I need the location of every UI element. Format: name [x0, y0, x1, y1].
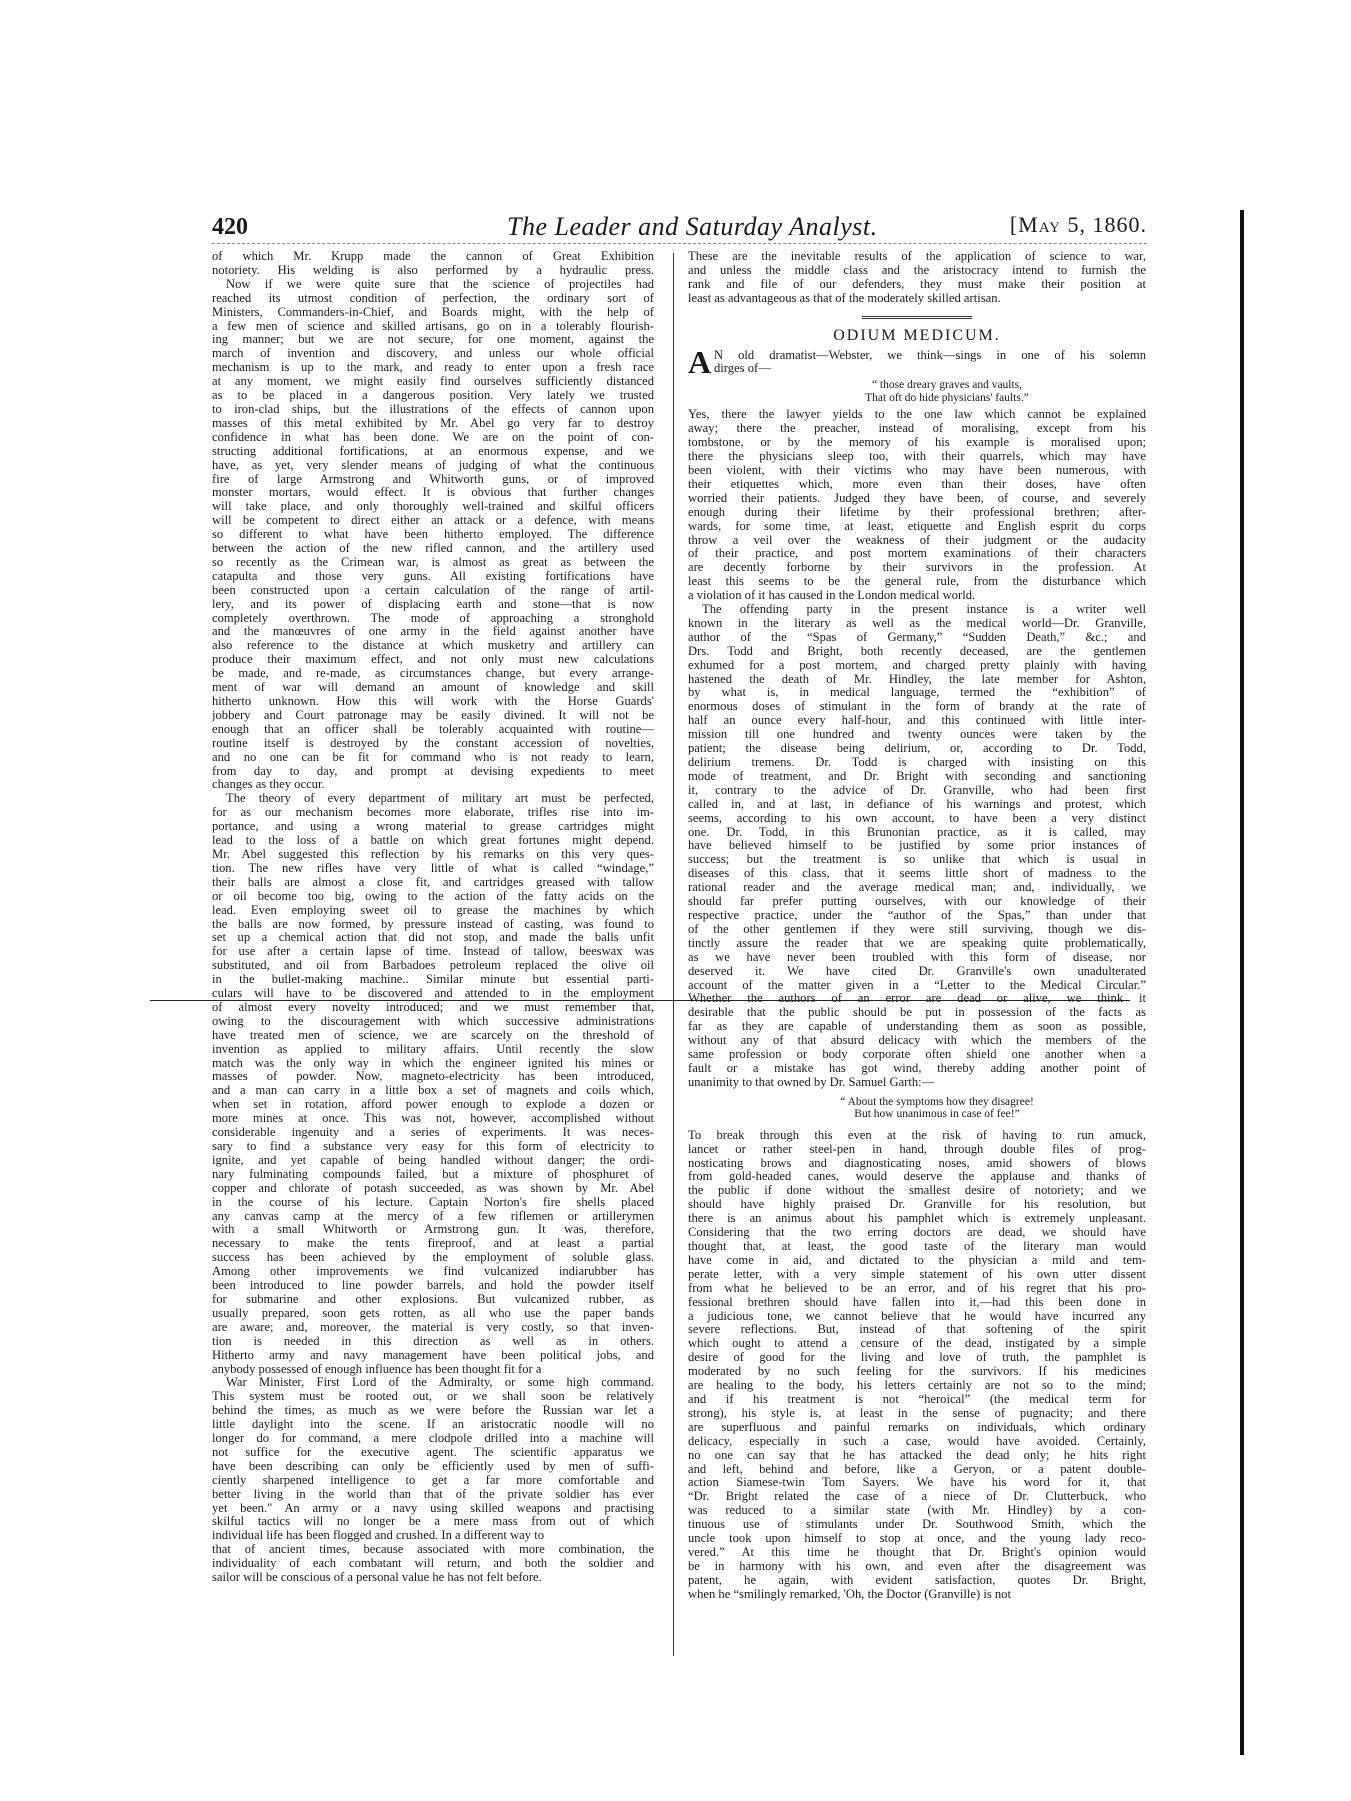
text-line: throw a veil over the weakness of their …: [688, 534, 1146, 548]
text-line: usually prepared, soon gets rotten, as a…: [212, 1307, 654, 1321]
text-line: from gold-headed canes, would deserve th…: [688, 1170, 1146, 1184]
text-line: jobbery and Court patronage may be easil…: [212, 709, 654, 723]
text-line: of almost every novelty introduced; and …: [212, 1001, 654, 1015]
text-line: delicacy, especially in such a case, wou…: [688, 1435, 1146, 1449]
header-rule: [212, 243, 1147, 244]
text-line: monster mortars, would effect. It is obv…: [212, 486, 654, 500]
text-line: of which Mr. Krupp made the cannon of Gr…: [212, 250, 654, 264]
text-line: any canvas camp at the mercy of a few ri…: [212, 1210, 654, 1224]
text-line: necessary to make the tents fireproof, a…: [212, 1237, 654, 1251]
text-line: are aware; and, moreover, the material i…: [212, 1321, 654, 1335]
text-line: Mr. Abel suggested this reflection by hi…: [212, 848, 654, 862]
text-line: and unless the middle class and the aris…: [688, 264, 1146, 278]
page-header: 420 The Leader and Saturday Analyst. [Ma…: [212, 212, 1147, 252]
text-line: a violation of it has caused in the Lond…: [688, 589, 1146, 603]
verse-line: But how unanimous in case of fee!”: [728, 1108, 1146, 1121]
text-line: there is an animus about his pamphlet wh…: [688, 1212, 1146, 1226]
text-line: enormous doses of stimulant in the form …: [688, 700, 1146, 714]
text-line: perate letter, with a very simple statem…: [688, 1268, 1146, 1282]
text-line: been violent, with their victims who may…: [688, 464, 1146, 478]
text-line: Now if we were quite sure that the scien…: [212, 278, 654, 292]
text-line: catapulta and those very guns. All exist…: [212, 570, 654, 584]
text-line: Drs. Todd and Bright, both recently dece…: [688, 645, 1146, 659]
text-line: uncle took upon himself to stop at once,…: [688, 1532, 1146, 1546]
text-line: little daylight into the scene. If an ar…: [212, 1418, 654, 1432]
text-line: mission till one hundred and twenty ounc…: [688, 728, 1146, 742]
opening-paragraph: A N old dramatist—Webster, we think—sing…: [688, 349, 1146, 377]
text-line: enough during their lifetime by their pr…: [688, 506, 1146, 520]
text-line: and left, behind and before, like a Gery…: [688, 1463, 1146, 1477]
text-line: individual life has been flogged and cru…: [212, 1529, 654, 1543]
intro-paragraph: These are the inevitable results of the …: [688, 250, 1146, 306]
text-line: the balls are now formed, by pressure in…: [212, 918, 654, 932]
text-line: wards, for some time, at least, etiquett…: [688, 520, 1146, 534]
verse-quote: “ About the symptoms how they disagree! …: [728, 1096, 1146, 1121]
text-line: deserved it. We have cited Dr. Granville…: [688, 965, 1146, 979]
text-line: have believed himself to be justified by…: [688, 839, 1146, 853]
text-line: exhumed for a post mortem, and charged p…: [688, 659, 1146, 673]
text-line: Yes, there the lawyer yields to the one …: [688, 408, 1146, 422]
text-line: sailor will be conscious of a personal v…: [212, 1571, 654, 1585]
text-line: culars will have to be discovered and at…: [212, 987, 654, 1001]
text-line: was reduced to a similar state (with Mr.…: [688, 1504, 1146, 1518]
text-line: rational reader and the average medical …: [688, 881, 1146, 895]
text-line: same profession or body corporate often …: [688, 1048, 1146, 1062]
text-line: The offending party in the present insta…: [688, 603, 1146, 617]
section-rule: [862, 316, 972, 319]
text-line: lancet or rather steel-pen in hand, thro…: [688, 1143, 1146, 1157]
text-line: tombstone, or by the memory of his examp…: [688, 436, 1146, 450]
verse-line: “ About the symptoms how they disagree!: [728, 1096, 1146, 1109]
text-line: a few men of science and skilled artisan…: [212, 320, 654, 334]
text-line: are decently forborne by their survivors…: [688, 561, 1146, 575]
text-line: called in, and at last, in defiance of h…: [688, 798, 1146, 812]
text-line: lead. Even employing sweet oil to grease…: [212, 904, 654, 918]
text-line: and if his treatment is not “heroical” (…: [688, 1393, 1146, 1407]
stray-horizontal-rule: [150, 1000, 1130, 1001]
text-line: structing additional fortifications, at …: [212, 445, 654, 459]
text-line: more mines at once. This was not, howeve…: [212, 1112, 654, 1126]
page-number: 420: [212, 214, 248, 241]
right-column: These are the inevitable results of the …: [688, 250, 1146, 1602]
text-line: nosticating brows and diagnosticating no…: [688, 1157, 1146, 1171]
text-line: author of the “Spas of Germany,” “Sudden…: [688, 631, 1146, 645]
text-line: fessional brethren should have fallen in…: [688, 1296, 1146, 1310]
text-line: lead to the loss of a battle on which gr…: [212, 834, 654, 848]
verse-quote: “ those dreary graves and vaults, That o…: [748, 379, 1146, 404]
text-line: fault or a mistake has got wind, thereby…: [688, 1062, 1146, 1076]
text-line: from day to day, and prompt at devising …: [212, 765, 654, 779]
text-line: hitherto unknown. How this will work wit…: [212, 695, 654, 709]
text-line: away; there the preacher, instead of mor…: [688, 422, 1146, 436]
text-line: one. Dr. Todd, in this Brunonian practic…: [688, 826, 1146, 840]
verse-line: “ those dreary graves and vaults,: [748, 379, 1146, 392]
text-line: yet been." An army or a navy using skill…: [212, 1502, 654, 1516]
text-line: that of ancient times, because associate…: [212, 1543, 654, 1557]
text-line: it, contrary to the advice of Dr. Granvi…: [688, 784, 1146, 798]
text-line: patent, he again, with evident satisfact…: [688, 1574, 1146, 1588]
text-line: ignite, and yet capable of being handled…: [212, 1154, 654, 1168]
text-line: invention as applied to military affairs…: [212, 1043, 654, 1057]
text-line: should far prefer putting ourselves, wit…: [688, 895, 1146, 909]
text-line: seems, according to his own account, to …: [688, 812, 1146, 826]
text-line: thought that, at least, the good taste o…: [688, 1240, 1146, 1254]
text-line: completely overthrown. The mode of appro…: [212, 612, 654, 626]
verse-line: That oft do hide physicians' faults.”: [748, 392, 1146, 405]
text-line: dirges of—: [714, 362, 1146, 376]
left-column: of which Mr. Krupp made the cannon of Gr…: [212, 250, 654, 1585]
text-line: of the other gentlemen if they were stil…: [688, 923, 1146, 937]
column-divider: [673, 253, 674, 1656]
text-line: and no one can be fit for command who is…: [212, 751, 654, 765]
text-line: hastened the death of Mr. Hindley, the l…: [688, 673, 1146, 687]
text-line: march of invention and discovery, and un…: [212, 347, 654, 361]
text-line: fire of large Armstrong and Whitworth gu…: [212, 473, 654, 487]
text-line: The theory of every department of milita…: [212, 792, 654, 806]
text-line: N old dramatist—Webster, we think—sings …: [714, 349, 1146, 363]
text-line: tion. The new rifles have very little of…: [212, 862, 654, 876]
text-line: far as they are capable of understanding…: [688, 1020, 1146, 1034]
text-line: copper and chlorate of potash succeeded,…: [212, 1182, 654, 1196]
text-line: Considering that the two erring doctors …: [688, 1226, 1146, 1240]
text-line: not suffice for the executive agent. The…: [212, 1446, 654, 1460]
text-line: no one can say that he has attacked the …: [688, 1449, 1146, 1463]
text-line: longer do for command, a mere clodpole d…: [212, 1432, 654, 1446]
text-line: also reference to the distance at which …: [212, 639, 654, 653]
text-line: as to be placed in a dangerous position.…: [212, 389, 654, 403]
text-line: without any of that absurd delicacy with…: [688, 1034, 1146, 1048]
text-line: enough that an officer shall be tolerabl…: [212, 723, 654, 737]
text-line: Among other improvements we find vulcani…: [212, 1265, 654, 1279]
text-line: rank and file of our defenders, they mus…: [688, 278, 1146, 292]
text-line: to iron-clad ships, but the illustration…: [212, 403, 654, 417]
text-line: least as advantageous as that of the mod…: [688, 292, 1146, 306]
text-line: changes as they occur.: [212, 778, 654, 792]
text-line: so recently as the Crimean war, is almos…: [212, 556, 654, 570]
text-line: tion is needed in this direction as well…: [212, 1335, 654, 1349]
text-line: match was the only way in which the engi…: [212, 1057, 654, 1071]
text-line: for as our mechanism becomes more elabor…: [212, 806, 654, 820]
text-line: mechanism is up to the mark, and ready t…: [212, 361, 654, 375]
text-line: anybody possessed of enough influence ha…: [212, 1363, 654, 1377]
newspaper-page: 420 The Leader and Saturday Analyst. [Ma…: [0, 0, 1351, 1801]
text-line: as we have never been troubled with this…: [688, 951, 1146, 965]
text-line: worried their patients. Judged they have…: [688, 492, 1146, 506]
drop-cap: A: [688, 347, 711, 377]
text-line: moderated by no such feeling for the sur…: [688, 1365, 1146, 1379]
text-line: “Dr. Bright related the case of a niece …: [688, 1490, 1146, 1504]
text-line: of their practice, and post mortem exami…: [688, 547, 1146, 561]
text-line: ment of war will demand an amount of kno…: [212, 681, 654, 695]
text-line: have treated men of science, we are scar…: [212, 1029, 654, 1043]
text-line: confidence in what has been done. We are…: [212, 431, 654, 445]
page-edge-bar: [1240, 210, 1244, 1755]
text-line: should have highly praised Dr. Granville…: [688, 1198, 1146, 1212]
text-line: individuality of each combatant will ret…: [212, 1557, 654, 1571]
text-line: be in harmony with his own, and even aft…: [688, 1560, 1146, 1574]
text-line: These are the inevitable results of the …: [688, 250, 1146, 264]
text-line: there the physicians sleep too, with the…: [688, 450, 1146, 464]
text-line: ing manner; but we are not secure, for o…: [212, 333, 654, 347]
masthead-title: The Leader and Saturday Analyst.: [507, 212, 878, 242]
text-line: known in the literary as well as the med…: [688, 617, 1146, 631]
text-line: Ministers, Commanders-in-Chief, and Boar…: [212, 306, 654, 320]
text-line: in the course of his lecture. Captain No…: [212, 1196, 654, 1210]
text-line: success has been achieved by the employm…: [212, 1251, 654, 1265]
text-line: a judicious tone, we cannot believe that…: [688, 1310, 1146, 1324]
text-line: owing to the discouragement with which s…: [212, 1015, 654, 1029]
text-line: behind the times, as much as we were bef…: [212, 1404, 654, 1418]
text-line: half an ounce every half-hour, and this …: [688, 714, 1146, 728]
text-line: severe reflections. But, instead of that…: [688, 1323, 1146, 1337]
text-line: portance, and using a wrong material to …: [212, 820, 654, 834]
text-line: been constructed upon a certain calculat…: [212, 584, 654, 598]
text-line: This system must be rooted out, or we sh…: [212, 1390, 654, 1404]
text-line: at any moment, we might easily find ours…: [212, 375, 654, 389]
text-line: have come in aid, and dictated to the ph…: [688, 1254, 1146, 1268]
text-line: patient; the disease being delirium, or,…: [688, 742, 1146, 756]
text-line: in the bullet-making machine.. Similar m…: [212, 973, 654, 987]
text-line: their etiquettes which, more even than t…: [688, 478, 1146, 492]
text-line: account of the matter given in a “Letter…: [688, 979, 1146, 993]
text-line: substituted, and oil from Barbadoes petr…: [212, 959, 654, 973]
text-line: and the manœuvres of one army in the fie…: [212, 625, 654, 639]
text-line: the public if done without the smallest …: [688, 1184, 1146, 1198]
text-line: unanimity to that owned by Dr. Samuel Ga…: [688, 1076, 1146, 1090]
text-line: action Siamese-twin Tom Sayers. We have …: [688, 1476, 1146, 1490]
text-line: been introduced to line powder barrels, …: [212, 1279, 654, 1293]
text-line: will take place, and only thoroughly wel…: [212, 500, 654, 514]
text-line: and a man can carry in a little box a se…: [212, 1084, 654, 1098]
text-line: when set in rotation, afford power enoug…: [212, 1098, 654, 1112]
text-line: for use after a certain lapse of time. I…: [212, 945, 654, 959]
text-line: desire of good for the living and love o…: [688, 1351, 1146, 1365]
text-line: mode of treatment, and Dr. Bright with s…: [688, 770, 1146, 784]
text-line: are superfluous and painful remarks on i…: [688, 1421, 1146, 1435]
text-line: which ought to attend a censure of the d…: [688, 1337, 1146, 1351]
text-line: ciently sharpened intelligence to get a …: [212, 1474, 654, 1488]
text-line: success; but the treatment is so unlike …: [688, 853, 1146, 867]
text-line: War Minister, First Lord of the Admiralt…: [212, 1376, 654, 1390]
closing-paragraph: To break through this even at the risk o…: [688, 1129, 1146, 1602]
text-line: set up a chemical action that did not st…: [212, 931, 654, 945]
text-line: are healing to the body, his letters cer…: [688, 1379, 1146, 1393]
text-line: their balls are almost a close fit, and …: [212, 876, 654, 890]
text-line: or oil become too big, owing to the acti…: [212, 890, 654, 904]
text-line: sary to find a substance very easy for t…: [212, 1140, 654, 1154]
text-line: between the action of the new rifled can…: [212, 542, 654, 556]
text-line: notoriety. His welding is also performed…: [212, 264, 654, 278]
text-line: have been describing can only be efficie…: [212, 1460, 654, 1474]
text-line: respective practice, under the “author o…: [688, 909, 1146, 923]
issue-date: [May 5, 1860.: [1010, 212, 1147, 238]
text-line: tinuous use of stimulants under Dr. Sout…: [688, 1518, 1146, 1532]
text-line: have, as yet, very slender means of judg…: [212, 459, 654, 473]
text-line: masses of this metal exhibited by Mr. Ab…: [212, 417, 654, 431]
text-line: lery, and its power of displacing earth …: [212, 598, 654, 612]
text-line: To break through this even at the risk o…: [688, 1129, 1146, 1143]
text-line: better living in the world than that of …: [212, 1488, 654, 1502]
text-line: nary fulminating compounds failed, but a…: [212, 1168, 654, 1182]
section-title: ODIUM MEDICUM.: [688, 329, 1146, 343]
text-line: skilful tactics will no longer be a mere…: [212, 1515, 654, 1529]
text-line: Hitherto army and navy management have b…: [212, 1349, 654, 1363]
text-line: vered.” At this time he thought that Dr.…: [688, 1546, 1146, 1560]
text-line: be made, and re-made, as circumstances c…: [212, 667, 654, 681]
text-line: will be competent to direct either an at…: [212, 514, 654, 528]
text-line: with a small Whitworth or Armstrong gun.…: [212, 1223, 654, 1237]
text-line: from what he believed to be an error, an…: [688, 1282, 1146, 1296]
text-line: considerable ingenuity and a series of e…: [212, 1126, 654, 1140]
text-line: diseases of this class, that it seems li…: [688, 867, 1146, 881]
text-line: so different to what have been hitherto …: [212, 528, 654, 542]
text-line: desirable that the public should be put …: [688, 1006, 1146, 1020]
text-line: routine itself is destroyed by the const…: [212, 737, 654, 751]
article-body: Yes, there the lawyer yields to the one …: [688, 408, 1146, 1089]
text-line: produce their maximum effect, and not on…: [212, 653, 654, 667]
text-line: strong), his style is, at least in the s…: [688, 1407, 1146, 1421]
text-line: tinctly assure the reader that we are sp…: [688, 937, 1146, 951]
text-line: by what is, in medical language, termed …: [688, 686, 1146, 700]
text-line: least this seems to be the general rule,…: [688, 575, 1146, 589]
text-line: for submarine and other explosions. But …: [212, 1293, 654, 1307]
text-line: when he “smilingly remarked, 'Oh, the Do…: [688, 1588, 1146, 1602]
text-line: masses of powder. Now, magneto-electrici…: [212, 1070, 654, 1084]
text-line: reached its utmost condition of perfecti…: [212, 292, 654, 306]
text-line: delirium tremens. Dr. Todd is charged wi…: [688, 756, 1146, 770]
